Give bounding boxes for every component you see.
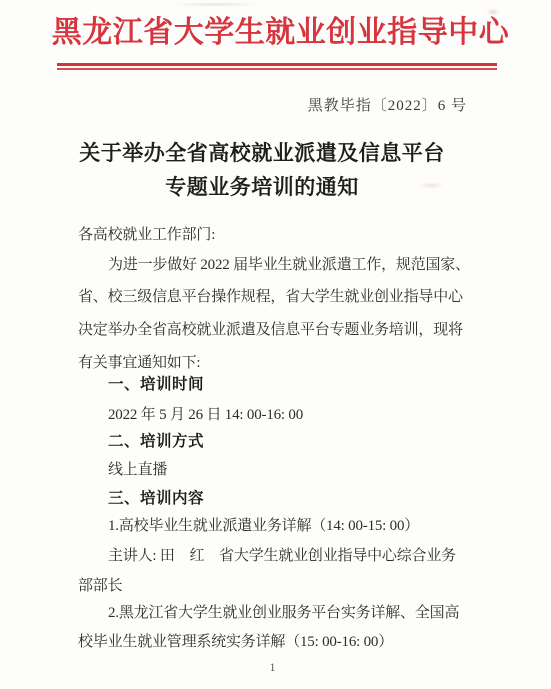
section-heading-training-method: 二、培训方式 [78,432,204,451]
section-heading-training-content: 三、培训内容 [78,489,204,508]
section-content-training-method: 线上直播 [78,461,167,480]
training-item-line: 2.黑龙江省大学生就业创业服务平台实务详解、全国高 [78,604,459,623]
letterhead-double-rule [57,63,497,70]
document-number: 黑教毕指〔2022〕6 号 [308,94,467,115]
intro-line: 决定举办全省高校就业派遣及信息平台专题业务培训，现将 [78,321,463,340]
notice-title-line2: 专题业务培训的通知 [0,170,524,204]
scanned-notice-page: 黑龙江省大学生就业创业指导中心 黑教毕指〔2022〕6 号 关于举办全省高校就业… [0,0,551,689]
training-item-line: 校毕业生就业管理系统实务详解（15: 00-16: 00） [78,633,393,652]
letterhead-org-name: 黑龙江省大学生就业创业指导中心 [10,14,551,52]
intro-line: 有关事宜通知如下: [78,354,200,373]
training-item-line: 主讲人: 田 红 省大学生就业创业指导中心综合业务 [78,547,456,566]
section-content-training-time: 2022 年 5 月 26 日 14: 00-16: 00 [78,406,303,425]
intro-line: 为进一步做好 2022 届毕业生就业派遣工作，规范国家、 [78,256,470,275]
training-item-line: 1.高校毕业生就业派遣业务详解（14: 00-15: 00） [78,517,419,536]
training-item-line: 部部长 [78,577,122,596]
intro-line: 省、校三级信息平台操作规程，省大学生就业创业指导中心 [78,288,463,307]
notice-title-line1: 关于举办全省高校就业派遣及信息平台 [0,136,524,170]
section-heading-training-time: 一、培训时间 [78,375,204,394]
page-number: 1 [0,660,545,675]
notice-title: 关于举办全省高校就业派遣及信息平台 专题业务培训的通知 [0,136,524,204]
salutation: 各高校就业工作部门: [78,226,215,245]
scan-artifact [170,2,260,7]
